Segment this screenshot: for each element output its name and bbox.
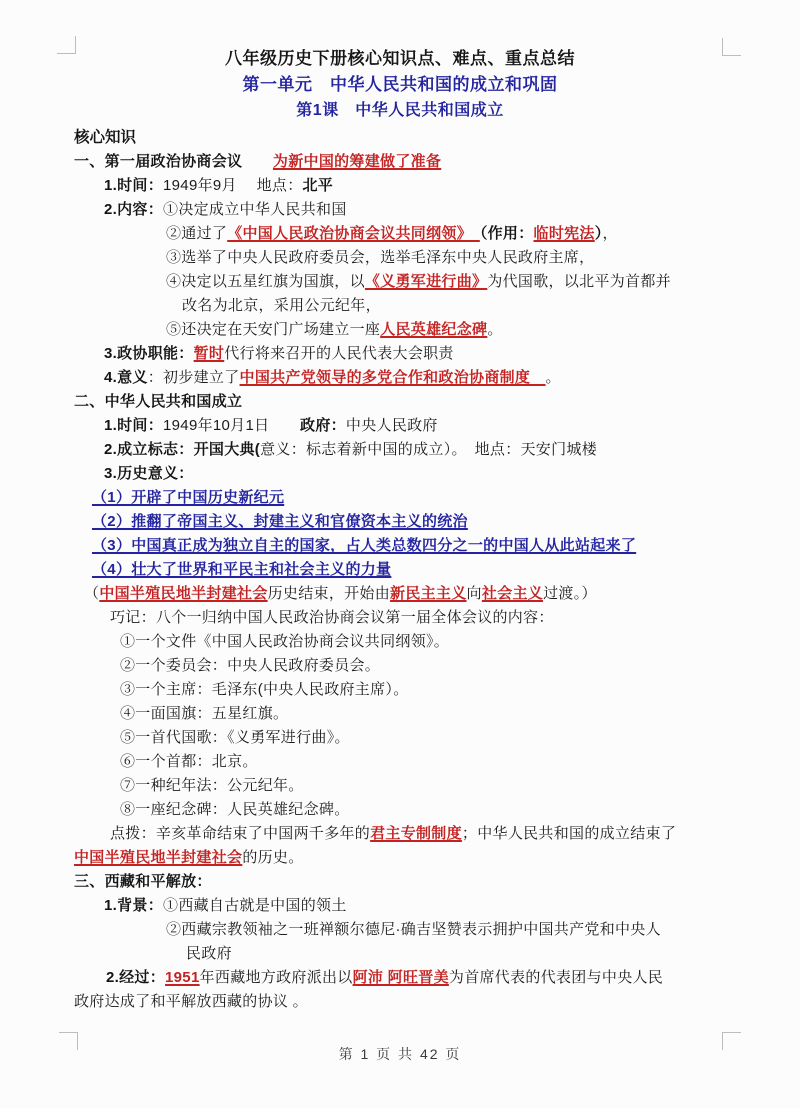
text-line: 一、第一届政治协商会议 为新中国的筹建做了准备 (0, 150, 800, 174)
text-line: 3.历史意义： (0, 462, 800, 486)
text-run: ⑤还决定在天安门广场建立一座 (166, 321, 380, 338)
bold-text-run: 1.背景： (104, 897, 163, 914)
text-line: ⑧一座纪念碑：人民英雄纪念碑。 (0, 798, 800, 822)
body-lines: 一、第一届政治协商会议 为新中国的筹建做了准备1.时间：1949年9月 地点：北… (0, 150, 800, 1014)
document-page: 八年级历史下册核心知识点、难点、重点总结 第一单元 中华人民共和国的成立和巩固 … (0, 0, 800, 1108)
text-line: 1.背景：①西藏自古就是中国的领土 (0, 894, 800, 918)
text-line: ⑤一首代国歌：《义勇军进行曲》。 (0, 726, 800, 750)
bold-text-run: （作用： (480, 225, 534, 242)
text-line: 二、中华人民共和国成立 (0, 390, 800, 414)
text-run: 中央人民政府 (346, 417, 438, 434)
text-line: 改名为北京，采用公元纪年， (0, 294, 800, 318)
bold-text-run: 3.历史意义： (104, 465, 194, 482)
text-line: 3.政协职能：暂时代行将来召开的人民代表大会职责 (0, 342, 800, 366)
blue-highlight-run: （1）开辟了中国历史新纪元 (92, 489, 284, 506)
red-highlight-run: 人民英雄纪念碑 (380, 321, 487, 338)
text-line: 中国半殖民地半封建社会的历史。 (0, 846, 800, 870)
text-run: 向 (467, 585, 482, 602)
text-run: 民政府 (186, 945, 232, 962)
text-line: ①一个文件《中国人民政治协商会议共同纲领》。 (0, 630, 800, 654)
bold-text-run: 1.时间： (104, 177, 163, 194)
doc-header: 八年级历史下册核心知识点、难点、重点总结 第一单元 中华人民共和国的成立和巩固 … (0, 0, 800, 124)
text-run: 代行将来召开的人民代表大会职责 (224, 345, 454, 362)
text-run: 。 (487, 321, 502, 338)
text-run: 巧记：八个一归纳中国人民政治协商会议第一届全体会议的内容： (110, 609, 554, 626)
text-line: ⑤还决定在天安门广场建立一座人民英雄纪念碑。 (0, 318, 800, 342)
text-run: 意义：标志着新中国的成立）。 地点：天安门城楼 (260, 441, 597, 458)
text-run: 的历史。 (242, 849, 303, 866)
bold-text-run: 3.政协职能： (104, 345, 194, 362)
text-run: ⑧一座纪念碑：人民英雄纪念碑。 (120, 801, 350, 818)
unit-heading: 第一单元 中华人民共和国的成立和巩固 (0, 72, 800, 98)
text-line: 2.内容：①决定成立中华人民共和国 (0, 198, 800, 222)
red-highlight-run: 1951 (165, 969, 200, 986)
text-line: 1.时间：1949年9月 地点：北平 (0, 174, 800, 198)
text-run: 过渡。） (543, 585, 597, 602)
text-line: ④一面国旗：五星红旗。 (0, 702, 800, 726)
red-highlight-run: 中国半殖民地半封建社会 (99, 585, 267, 602)
bold-text-run: 4.意义 (104, 369, 148, 386)
text-line: ⑥一个首都：北京。 (0, 750, 800, 774)
text-run: 改名为北京，采用公元纪年， (182, 297, 381, 314)
text-run: 为首席代表的代表团与中央人民 (449, 969, 663, 986)
text-run: ②一个委员会：中央人民政府委员会。 (120, 657, 380, 674)
text-line: 1.时间：1949年10月1日 政府：中央人民政府 (0, 414, 800, 438)
red-highlight-run: 新民主主义 (390, 585, 467, 602)
bold-text-run: 三、西藏和平解放： (74, 873, 212, 890)
bold-text-run: 一、第一届政治协商会议 (74, 153, 242, 170)
text-line: ②一个委员会：中央人民政府委员会。 (0, 654, 800, 678)
text-line: ⑦一种纪年法：公元纪年。 (0, 774, 800, 798)
text-run: ④决定以五星红旗为国旗，以 (166, 273, 365, 290)
bold-text-run: ） (595, 225, 603, 242)
text-line: 2.成立标志：开国大典(意义：标志着新中国的成立）。 地点：天安门城楼 (0, 438, 800, 462)
text-line: 巧记：八个一归纳中国人民政治协商会议第一届全体会议的内容： (0, 606, 800, 630)
text-line: （4）壮大了世界和平民主和社会主义的力量 (0, 558, 800, 582)
bold-text-run: 政府： (300, 417, 346, 434)
text-run: 1949年9月 地点： (163, 177, 302, 194)
bold-text-run: 2.内容： (104, 201, 163, 218)
text-run: 政府达成了和平解放西藏的协议 。 (74, 993, 308, 1010)
text-line: 2.经过：1951年西藏地方政府派出以阿沛 阿旺晋美为首席代表的代表团与中央人民 (0, 966, 800, 990)
text-run: 年西藏地方政府派出以 (200, 969, 353, 986)
text-run: ①一个文件《中国人民政治协商会议共同纲领》。 (120, 633, 449, 650)
text-run: 为代国歌，以北平为首都并 (487, 273, 671, 290)
text-line: （1）开辟了中国历史新纪元 (0, 486, 800, 510)
text-line: （3）中国真正成为独立自主的国家，占人类总数四分之一的中国人从此站起来了 (0, 534, 800, 558)
crop-mark-top-left (57, 36, 76, 54)
red-highlight-run: 社会主义 (482, 585, 543, 602)
text-run (242, 153, 273, 170)
bold-text-run: 1.时间： (104, 417, 163, 434)
bold-text-run: 北平 (303, 177, 334, 194)
text-run: 历史结束，开始由 (268, 585, 390, 602)
text-run: ④一面国旗：五星红旗。 (120, 705, 288, 722)
text-run: ②西藏宗教领袖之一班禅额尔德尼·确吉坚赞表示拥护中国共产党和中央人 (166, 921, 661, 938)
text-line: ③选举了中央人民政府委员会，选举毛泽东中央人民政府主席， (0, 246, 800, 270)
text-line: ②西藏宗教领袖之一班禅额尔德尼·确吉坚赞表示拥护中国共产党和中央人 (0, 918, 800, 942)
text-line: 点拨：辛亥革命结束了中国两千多年的君主专制制度；中华人民共和国的成立结束了 (0, 822, 800, 846)
text-run: ②通过了 (166, 225, 227, 242)
lesson-heading: 第1课 中华人民共和国成立 (0, 98, 800, 124)
text-run: （ (84, 585, 99, 602)
text-run: ⑦一种纪年法：公元纪年。 (120, 777, 304, 794)
text-run: ⑤一首代国歌：《义勇军进行曲》。 (120, 729, 350, 746)
text-run: ①决定成立中华人民共和国 (163, 201, 347, 218)
text-line: ③一个主席：毛泽东(中央人民政府主席）。 (0, 678, 800, 702)
red-highlight-run: 中国共产党领导的多党合作和政治协商制度 (240, 369, 546, 386)
red-highlight-run: 中国半殖民地半封建社会 (74, 849, 242, 866)
text-run: 1949年10月1日 (163, 417, 300, 434)
doc-title: 八年级历史下册核心知识点、难点、重点总结 (0, 46, 800, 72)
text-line: 民政府 (0, 942, 800, 966)
text-line: ②通过了《中国人民政治协商会议共同纲领》 （作用：临时宪法）， (0, 222, 800, 246)
red-highlight-run: 君主专制制度 (370, 825, 462, 842)
text-run: ③选举了中央人民政府委员会，选举毛泽东中央人民政府主席， (166, 249, 594, 266)
red-highlight-run: 《义勇军进行曲》 (365, 273, 487, 290)
blue-highlight-run: （4）壮大了世界和平民主和社会主义的力量 (92, 561, 391, 578)
text-line: （中国半殖民地半封建社会历史结束，开始由新民主主义向社会主义过渡。） (0, 582, 800, 606)
section-heading: 核心知识 (0, 126, 800, 150)
page-footer: 第 1 页 共 42 页 (0, 1044, 800, 1064)
bold-text-run: 2.经过： (106, 969, 165, 986)
text-line: 政府达成了和平解放西藏的协议 。 (0, 990, 800, 1014)
text-run: ：初步建立了 (148, 369, 240, 386)
text-line: 三、西藏和平解放： (0, 870, 800, 894)
text-run: ；中华人民共和国的成立结束了 (462, 825, 676, 842)
red-highlight-run: 临时宪法 (534, 225, 595, 242)
blue-highlight-run: （2）推翻了帝国主义、封建主义和官僚资本主义的统治 (92, 513, 468, 530)
text-run: ， (603, 225, 618, 242)
red-highlight-run: 阿沛 阿旺晋美 (353, 969, 449, 986)
text-run: ③一个主席：毛泽东(中央人民政府主席）。 (120, 681, 409, 698)
red-highlight-run: 为新中国的筹建做了准备 (273, 153, 441, 170)
text-run: 。 (546, 369, 561, 386)
text-line: 4.意义：初步建立了中国共产党领导的多党合作和政治协商制度 。 (0, 366, 800, 390)
red-highlight-run: 《中国人民政治协商会议共同纲领》 (227, 225, 480, 242)
bold-text-run: 2.成立标志：开国大典( (104, 441, 260, 458)
red-highlight-run: 暂时 (194, 345, 225, 362)
blue-highlight-run: （3）中国真正成为独立自主的国家，占人类总数四分之一的中国人从此站起来了 (92, 537, 636, 554)
text-run: 点拨：辛亥革命结束了中国两千多年的 (110, 825, 370, 842)
bold-text-run: 二、中华人民共和国成立 (74, 393, 242, 410)
text-run: ⑥一个首都：北京。 (120, 753, 258, 770)
crop-mark-top-right (722, 38, 741, 56)
text-line: （2）推翻了帝国主义、封建主义和官僚资本主义的统治 (0, 510, 800, 534)
text-run: ①西藏自古就是中国的领土 (163, 897, 347, 914)
text-line: ④决定以五星红旗为国旗，以《义勇军进行曲》为代国歌，以北平为首都并 (0, 270, 800, 294)
